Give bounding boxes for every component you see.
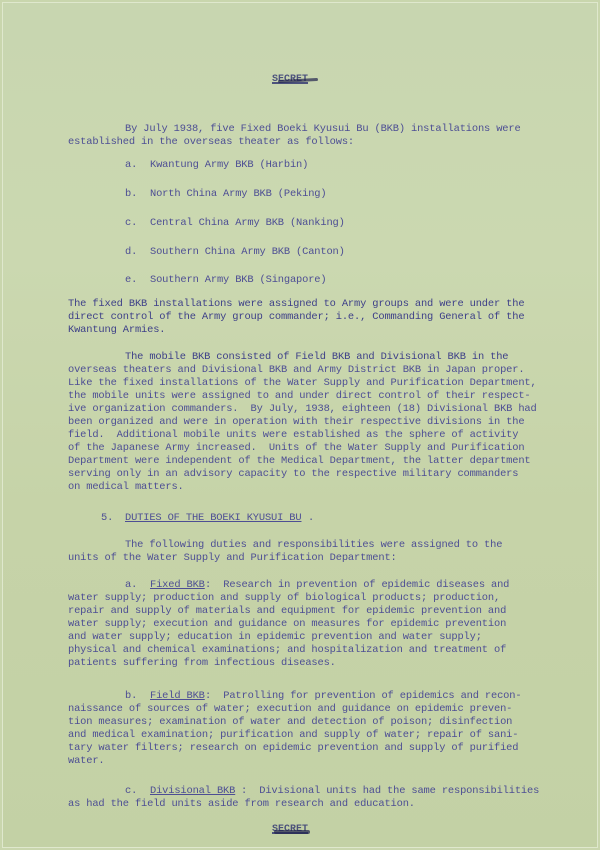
- duty-item-letter: a.: [125, 579, 137, 593]
- duty-item-first-line: : Patrolling for prevention of epidemics…: [205, 690, 521, 704]
- installation-item-letter: e.: [125, 274, 137, 288]
- paragraph-line: been organized and were in operation wit…: [68, 416, 524, 430]
- paragraph-line: Like the fixed installations of the Wate…: [68, 377, 537, 391]
- installation-item-text: Southern Army BKB (Singapore): [150, 274, 326, 288]
- paragraph-line: The following duties and responsibilitie…: [125, 539, 502, 553]
- paragraph-line: water supply; production and supply of b…: [68, 592, 500, 606]
- duty-item-heading: Field BKB: [150, 690, 205, 704]
- installation-item-letter: a.: [125, 159, 137, 173]
- duty-item-letter: b.: [125, 690, 137, 704]
- duty-item-heading: Divisional BKB: [150, 785, 235, 799]
- paragraph-line: The mobile BKB consisted of Field BKB an…: [125, 351, 508, 365]
- installation-item-letter: b.: [125, 188, 137, 202]
- paragraph-line: tion measures; examination of water and …: [68, 716, 512, 730]
- duty-item-first-line: : Divisional units had the same responsi…: [241, 785, 539, 799]
- paragraph-line: and water supply; education in epidemic …: [68, 631, 482, 645]
- installation-item-text: Kwantung Army BKB (Harbin): [150, 159, 308, 173]
- duty-item-first-line: : Research in prevention of epidemic dis…: [205, 579, 509, 593]
- paragraph-line: patients suffering from infectious disea…: [68, 657, 336, 671]
- paragraph-line: tary water filters; research on epidemic…: [68, 742, 518, 756]
- paragraph-line: physical and chemical examinations; and …: [68, 644, 506, 658]
- paragraph-line: of the Japanese Army increased. Units of…: [68, 442, 524, 456]
- installation-item-text: Central China Army BKB (Nanking): [150, 217, 345, 231]
- section-title: DUTIES OF THE BOEKI KYUSUI BU: [125, 512, 301, 526]
- paragraph-line: water.: [68, 755, 105, 769]
- section-number: 5.: [101, 512, 113, 526]
- duty-item-letter: c.: [125, 785, 137, 799]
- paragraph-line: units of the Water Supply and Purificati…: [68, 552, 397, 566]
- paragraph-line: the mobile units were assigned to and un…: [68, 390, 531, 404]
- paragraph-line: Kwantung Armies.: [68, 324, 165, 338]
- stamp-redaction-mark-bottom: [274, 830, 310, 834]
- paragraph-line: water supply; execution and guidance on …: [68, 618, 506, 632]
- paragraph-line: overseas theaters and Divisional BKB and…: [68, 364, 524, 378]
- duty-item-heading: Fixed BKB: [150, 579, 205, 593]
- installation-item-letter: c.: [125, 217, 137, 231]
- intro-line-1: By July 1938, five Fixed Boeki Kyusui Bu…: [125, 123, 521, 137]
- installation-item-letter: d.: [125, 246, 137, 260]
- paragraph-line: serving only in an advisory capacity to …: [68, 468, 518, 482]
- paragraph-line: on medical matters.: [68, 481, 184, 495]
- paragraph-line: naissance of sources of water; execution…: [68, 703, 512, 717]
- paragraph-line: as had the field units aside from resear…: [68, 798, 415, 812]
- document-page: SECRET By July 1938, five Fixed Boeki Ky…: [2, 2, 598, 848]
- paragraph-line: direct control of the Army group command…: [68, 311, 524, 325]
- installation-item-text: North China Army BKB (Peking): [150, 188, 326, 202]
- section-title-suffix: .: [308, 512, 314, 526]
- intro-line-2: established in the overseas theater as f…: [68, 136, 354, 150]
- paragraph-line: Department were independent of the Medic…: [68, 455, 531, 469]
- paragraph-line: repair and supply of materials and equip…: [68, 605, 506, 619]
- paragraph-line: field. Additional mobile units were esta…: [68, 429, 518, 443]
- paragraph-line: and medical examination; purification an…: [68, 729, 518, 743]
- installation-item-text: Southern China Army BKB (Canton): [150, 246, 345, 260]
- paragraph-line: ive organization commanders. By July, 19…: [68, 403, 537, 417]
- paragraph-line: The fixed BKB installations were assigne…: [68, 298, 524, 312]
